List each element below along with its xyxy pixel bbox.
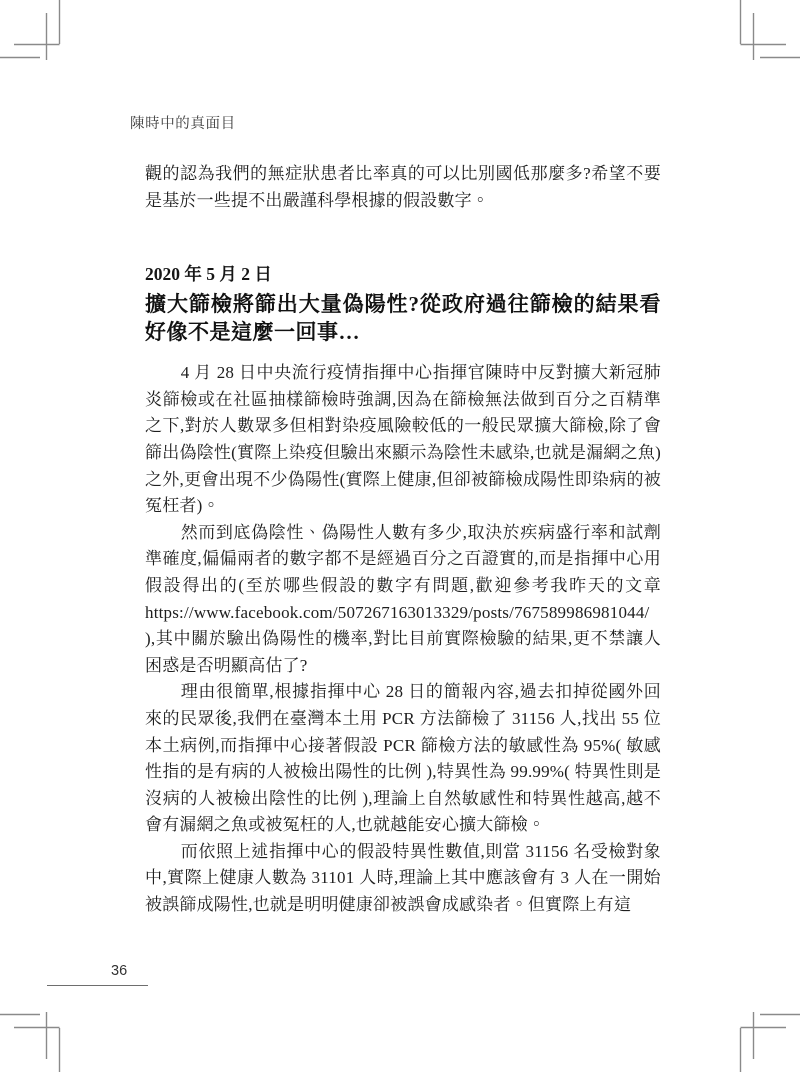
running-head: 陳時中的真面目	[130, 112, 236, 133]
page-number: 36	[111, 963, 127, 979]
crop-mark-top-right-icon	[730, 0, 800, 70]
body-paragraph: 理由很簡單,根據指揮中心 28 日的簡報內容,過去扣掉從國外回來的民眾後,我們在…	[145, 679, 661, 839]
body-paragraph: 而依照上述指揮中心的假設特異性數值,則當 31156 名受檢對象中,實際上健康人…	[145, 839, 661, 919]
continuation-paragraph: 觀的認為我們的無症狀患者比率真的可以比別國低那麼多?希望不要是基於一些提不出嚴謹…	[145, 161, 661, 214]
folio-rule: 36	[47, 962, 148, 986]
book-page: { "page": { "running_head": "陳時中的真面目", "…	[0, 0, 800, 1072]
entry-title: 擴大篩檢將篩出大量偽陽性?從政府過往篩檢的結果看好像不是這麼一回事…	[145, 291, 661, 346]
crop-mark-bottom-right-icon	[730, 1002, 800, 1072]
crop-mark-bottom-left-icon	[0, 1002, 70, 1072]
body-paragraph: 然而到底偽陰性、偽陽性人數有多少,取決於疾病盛行率和試劑準確度,偏偏兩者的數字都…	[145, 520, 661, 680]
text-column: 觀的認為我們的無症狀患者比率真的可以比別國低那麼多?希望不要是基於一些提不出嚴謹…	[145, 161, 661, 919]
body-paragraph: 4 月 28 日中央流行疫情指揮中心指揮官陳時中反對擴大新冠肺炎篩檢或在社區抽樣…	[145, 360, 661, 520]
entry-body: 4 月 28 日中央流行疫情指揮中心指揮官陳時中反對擴大新冠肺炎篩檢或在社區抽樣…	[145, 360, 661, 918]
crop-mark-top-left-icon	[0, 0, 70, 70]
entry-date: 2020 年 5 月 2 日	[145, 261, 661, 288]
